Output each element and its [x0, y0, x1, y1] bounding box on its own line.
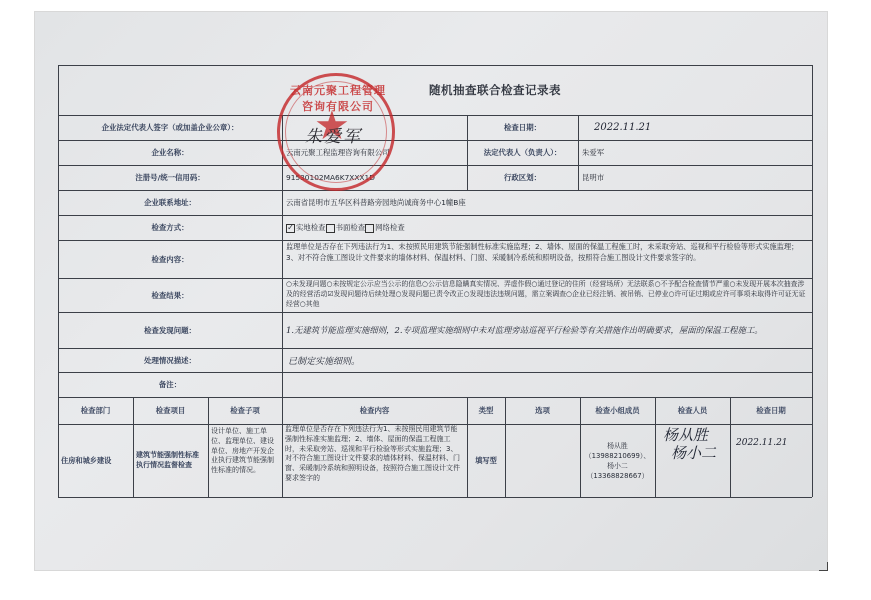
remarks-label: 备注： [58, 372, 282, 397]
header-content: 检查内容 [282, 397, 467, 424]
rep-signature-label: 企业法定代表人签字（或加盖企业公章）： [58, 115, 282, 140]
row-option [505, 424, 580, 497]
checkbox-onsite-checked-icon[interactable]: ✓ [286, 224, 295, 233]
border-line [58, 497, 812, 498]
handling-label: 处理情况描述： [58, 348, 282, 372]
row-item: 建筑节能强制性标准执行情况监督检查 [133, 424, 208, 497]
method-options: ✓ 实地检查 书面检查 网络检查 [282, 215, 812, 240]
member-phone-1: （13988210699）、 [585, 451, 650, 461]
content-label: 检查内容： [58, 240, 282, 278]
inspector-signature-2: 杨小二 [663, 444, 716, 462]
company-name-value: 云南元聚工程监理咨询有限公司 [282, 140, 467, 165]
admin-region-label: 行政区划： [467, 165, 578, 190]
inspection-record-form: 随机抽查联合检查记录表 企业法定代表人签字（或加盖企业公章）： 检查日期： 20… [0, 0, 871, 600]
row-content: 监理单位是否存在下列违法行为1、未按照民用建筑节能强制性标准实施监理；2、墙体、… [282, 424, 467, 497]
method-label: 检查方式： [58, 215, 282, 240]
checkbox-online-icon[interactable] [365, 224, 374, 233]
row-inspector-signatures: 杨从胜 杨小二 [655, 424, 730, 497]
member-name-1: 杨从胜 [607, 441, 628, 451]
header-date: 检查日期 [730, 397, 812, 424]
reg-no-value: 91530102MA6K7XXX1D [282, 165, 467, 190]
header-subitem: 检查子项 [208, 397, 282, 424]
handling-value: 已制定实施细则。 [282, 348, 812, 372]
legal-rep-value: 朱爱军 [578, 140, 812, 165]
legal-rep-label: 法定代表人（负责人）： [467, 140, 578, 165]
checkbox-written-icon[interactable] [326, 224, 335, 233]
method-option-onsite: 实地检查 [296, 222, 326, 233]
method-option-online: 网络检查 [375, 222, 405, 233]
row-department: 住房和城乡建设 [58, 424, 133, 497]
content-value: 监理单位是否存在下列违法行为1、未按照民用建筑节能强制性标准实施监理；2、墙体、… [282, 240, 812, 278]
found-issues-value: 1.无建筑节能监理实施细则，2.专项监理实施细则中未对监理旁站巡视平行检验等有关… [282, 312, 812, 348]
result-label: 检查结果： [58, 278, 282, 312]
method-option-written: 书面检查 [336, 222, 366, 233]
header-option: 选项 [505, 397, 580, 424]
admin-region-value: 昆明市 [578, 165, 812, 190]
reg-no-label: 注册号/统一信用码： [58, 165, 282, 190]
header-inspectors: 检查人员 [655, 397, 730, 424]
header-members: 检查小组成员 [580, 397, 655, 424]
address-value: 云南省昆明市五华区科普路旁园地尚诚商务中心1幢B座 [282, 190, 812, 215]
result-value: ○未发现问题○未按规定公示应当公示的信息○公示信息隐瞒真实情况、弄虚作假○通过登… [282, 278, 812, 312]
company-name-label: 企业名称： [58, 140, 282, 165]
form-title: 随机抽查联合检查记录表 [58, 65, 812, 115]
inspection-date-label: 检查日期： [467, 115, 578, 140]
row-date: 2022.11.21 [730, 424, 812, 497]
border-line [812, 65, 813, 497]
address-label: 企业联系地址： [58, 190, 282, 215]
member-name-2: 杨小二 [607, 461, 628, 471]
row-type: 填写型 [467, 424, 505, 497]
inspector-signature-1: 杨从胜 [663, 426, 708, 444]
header-item: 检查项目 [133, 397, 208, 424]
header-department: 检查部门 [58, 397, 133, 424]
row-subitem: 设计单位、施工单位、监理单位、建设单位、房地产开发企业执行建筑节能强制性标准的情… [208, 424, 282, 497]
row-members: 杨从胜 （13988210699）、 杨小二 （13368828667） [580, 424, 655, 497]
member-phone-2: （13368828667） [586, 471, 648, 481]
header-type: 类型 [467, 397, 505, 424]
inspection-date-value: 2022.11.21 [578, 115, 812, 140]
found-issues-label: 检查发现问题： [58, 312, 282, 348]
remarks-value [282, 372, 812, 397]
